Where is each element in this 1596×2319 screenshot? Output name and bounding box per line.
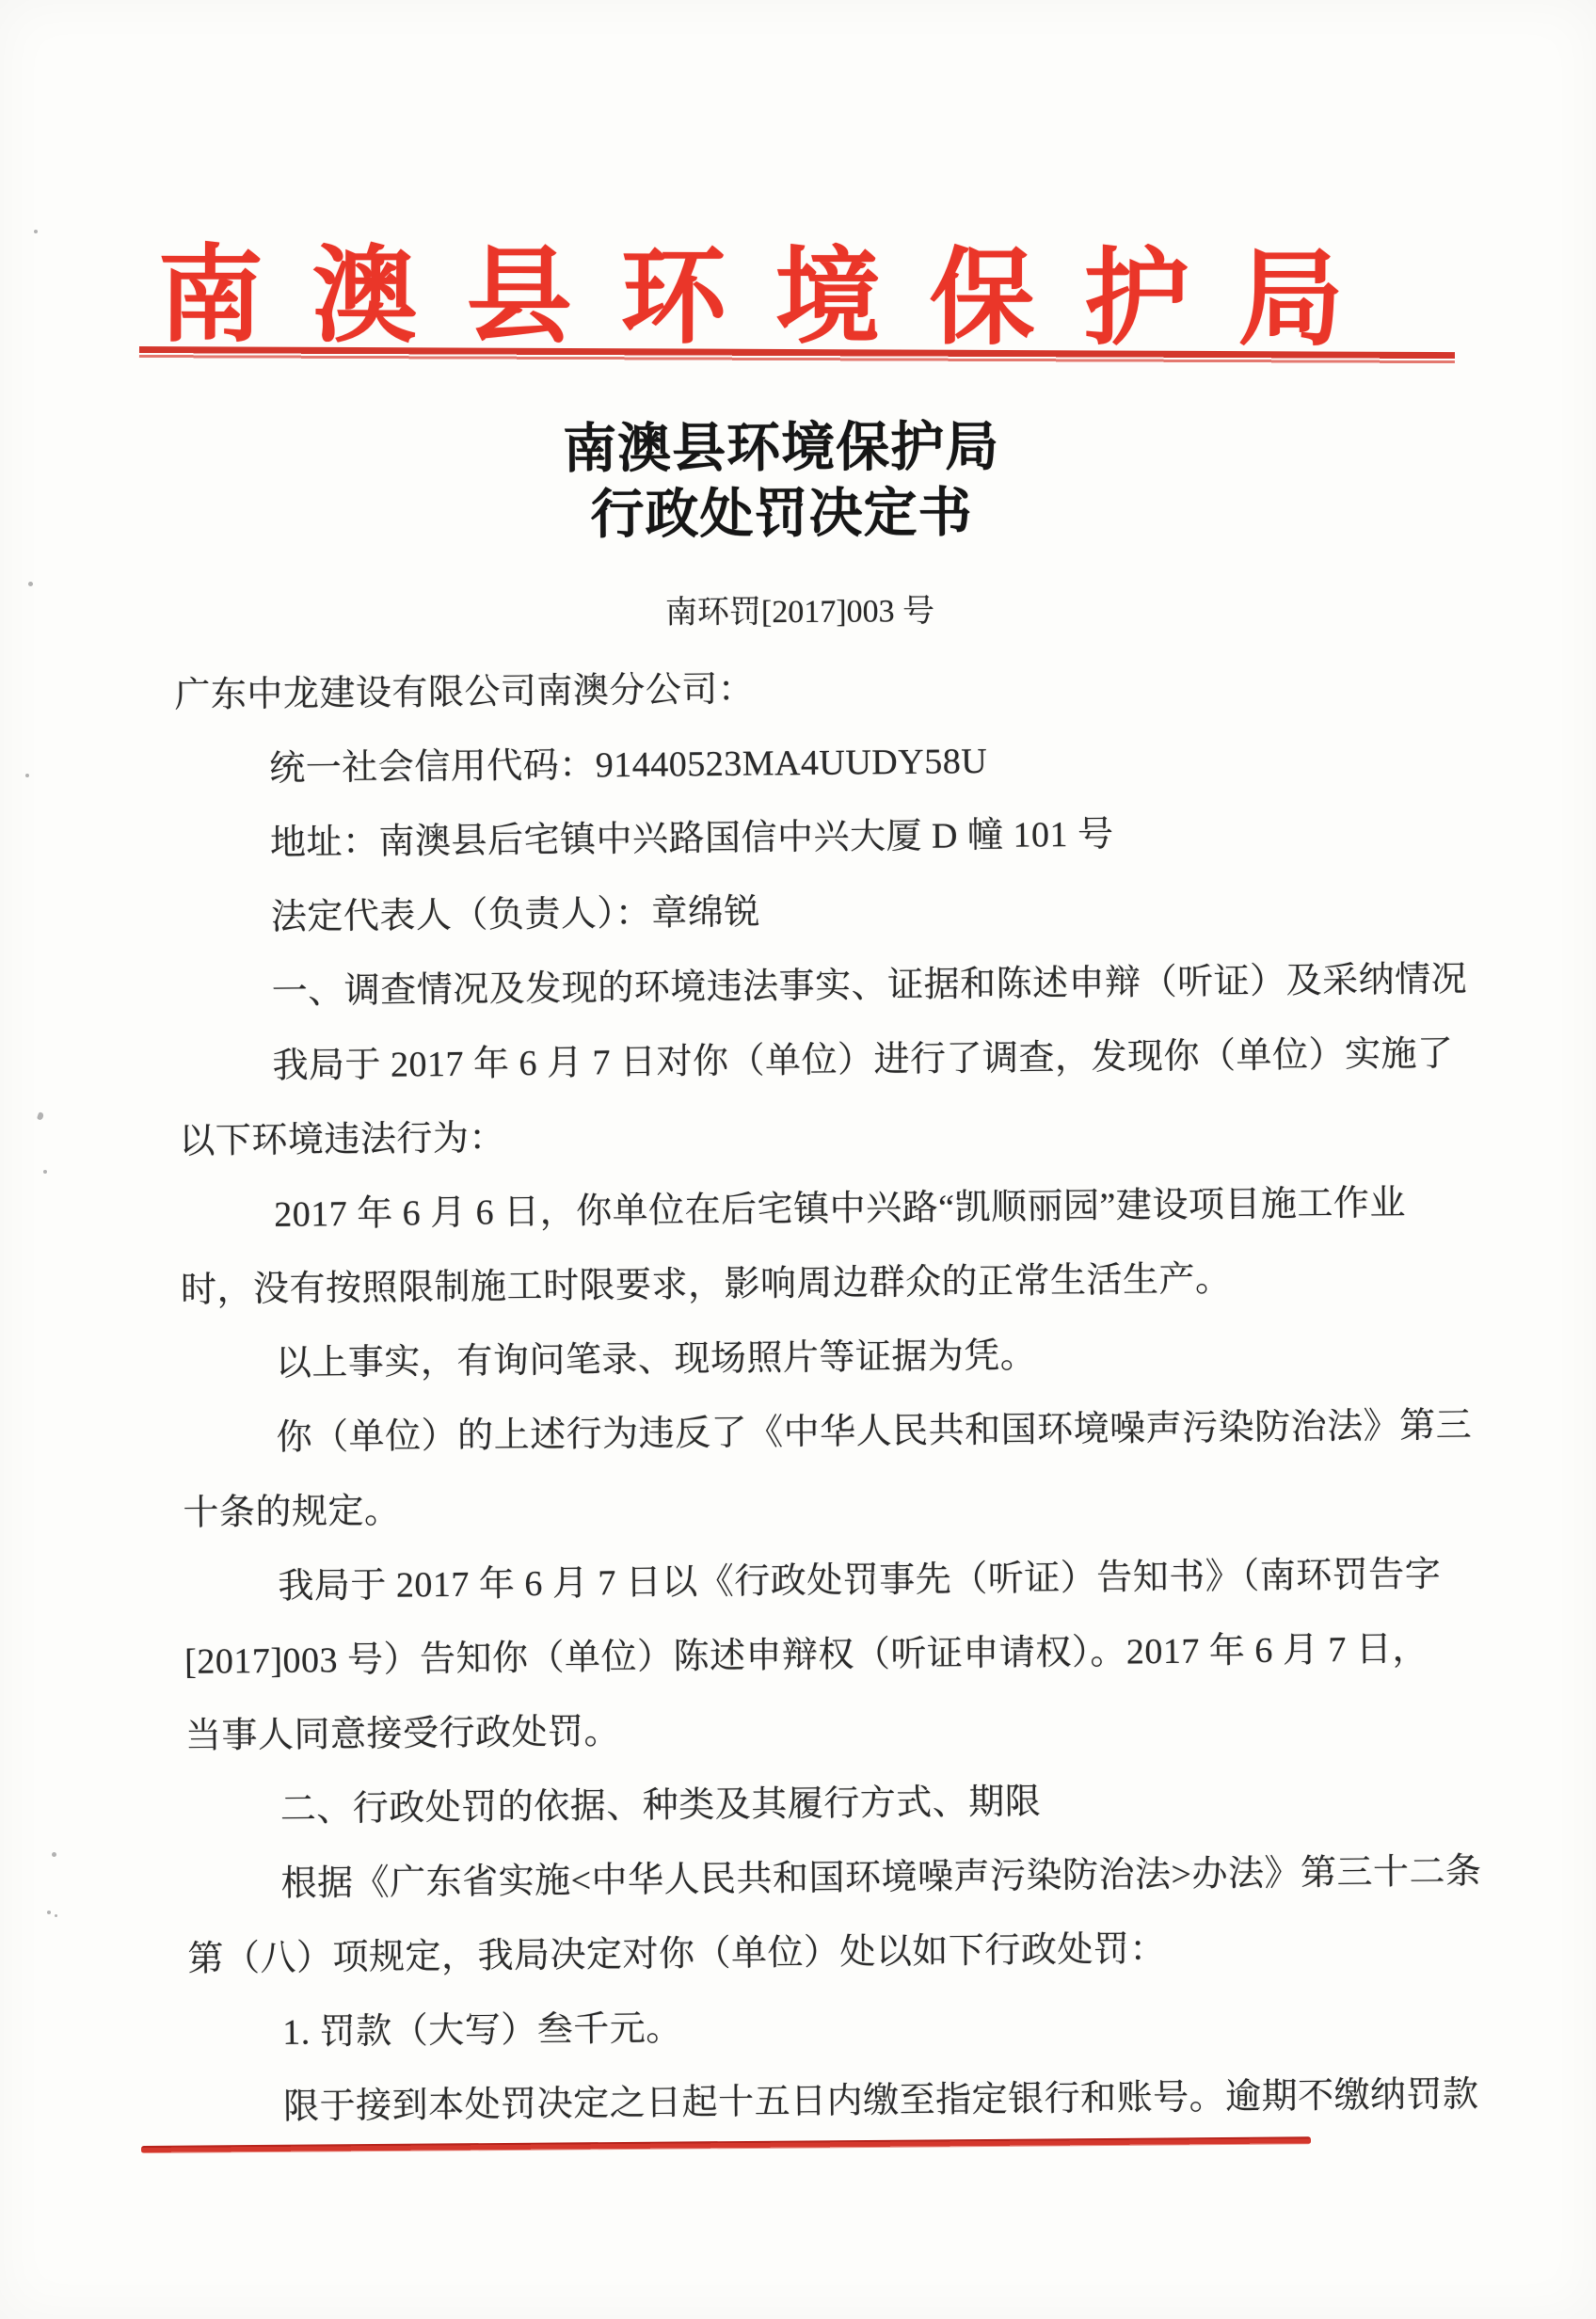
body-line: 二、行政处罚的依据、种类及其履行方式、期限 <box>185 1761 1476 1848</box>
scan-speck <box>25 774 29 777</box>
body-line: 时，没有按照限制施工时限要求，影响周边群众的正常生活生产。 <box>181 1240 1471 1328</box>
body-line: 统一社会信用代码：91440523MA4UUDY58U <box>175 720 1465 808</box>
body-line: 1. 罚款（大写）叁千元。 <box>188 1984 1478 2071</box>
body-line: 第（八）项规定，我局决定对你（单位）处以如下行政处罚： <box>187 1910 1477 1997</box>
document-number: 南环罚[2017]003 号 <box>0 581 1596 636</box>
body-line: 根据《广东省实施<中华人民共和国环境噪声污染防治法>办法》第三十二条 <box>186 1835 1476 1923</box>
letterhead-agency-title: 南澳县环境保护局 <box>157 211 1588 367</box>
body-line: 以上事实，有询问笔录、现场照片等证据为凭。 <box>181 1315 1471 1402</box>
scan-speck <box>43 1170 47 1174</box>
body-line: 当事人同意接受行政处罚。 <box>185 1687 1476 1774</box>
scan-speck <box>55 1914 57 1917</box>
body-line: 你（单位）的上述行为违反了《中华人民共和国环境噪声污染防治法》第三 <box>182 1389 1472 1477</box>
body-line: 地址：南澳县后宅镇中兴路国信中兴大厦 D 幢 101 号 <box>176 794 1466 882</box>
document-body: 广东中龙建设有限公司南澳分公司：统一社会信用代码：91440523MA4UUDY… <box>174 646 1478 2146</box>
document-page: 南澳县环境保护局 南澳县环境保护局 行政处罚决定书 南环罚[2017]003 号… <box>0 0 1596 2319</box>
body-line: 以下环境违法行为： <box>179 1092 1469 1179</box>
scan-speck <box>52 1852 56 1857</box>
body-line: 十条的规定。 <box>183 1463 1473 1551</box>
body-line: 我局于 2017 年 6 月 7 日以《行政处罚事先（听证）告知书》（南环罚告字 <box>184 1538 1474 1625</box>
body-line: 2017 年 6 月 6 日，你单位在后宅镇中兴路“凯顺丽园”建设项目施工作业 <box>180 1166 1470 1254</box>
document-title-line2: 行政处罚决定书 <box>0 478 1562 552</box>
document-title-line1: 南澳县环境保护局 <box>0 412 1562 487</box>
scan-speck <box>47 1911 51 1914</box>
body-line: 我局于 2017 年 6 月 7 日对你（单位）进行了调查，发现你（单位）实施了 <box>178 1017 1468 1105</box>
body-line: 一、调查情况及发现的环境违法事实、证据和陈述申辩（听证）及采纳情况 <box>177 943 1467 1031</box>
body-line: 限于接到本处罚决定之日起十五日内缴至指定银行和账号。逾期不缴纳罚款 <box>189 2058 1479 2146</box>
body-line: 法定代表人（负责人）：章绵锐 <box>176 869 1466 956</box>
body-line: [2017]003 号）告知你（单位）陈述申辩权（听证申请权）。2017 年 6… <box>184 1612 1475 1700</box>
scan-speck <box>37 1112 44 1121</box>
scan-speck <box>28 582 33 586</box>
body-line: 广东中龙建设有限公司南澳分公司： <box>174 646 1464 733</box>
scan-speck <box>34 230 38 233</box>
document-title: 南澳县环境保护局 行政处罚决定书 <box>0 412 1563 552</box>
